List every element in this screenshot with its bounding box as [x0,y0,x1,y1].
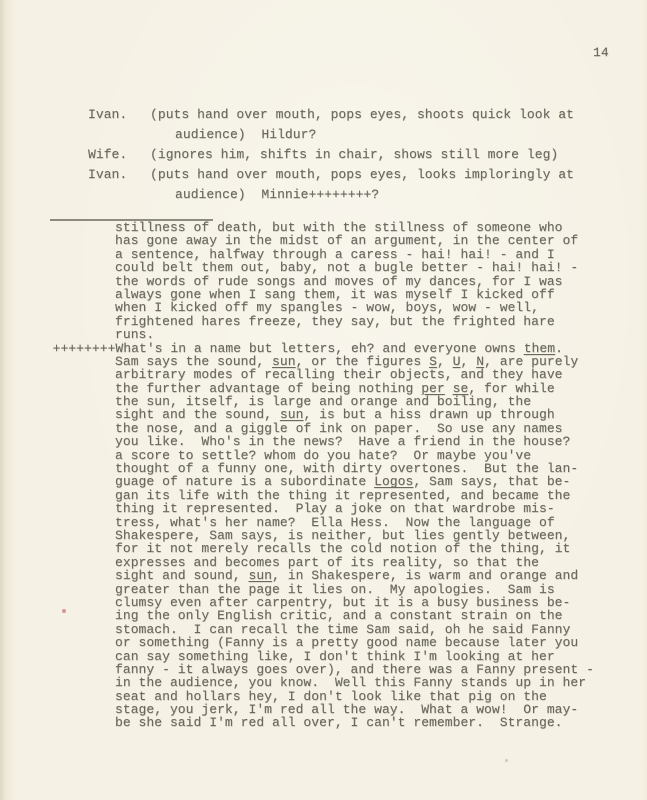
dialogue-line: audience) Minnie++++++++? [88,185,574,205]
paper-speck [62,609,66,613]
footnote-line: stage, you jerk, I'm red all the way. Wh… [115,703,594,716]
footnote-line: clumsy even after carpentry, but it is a… [115,596,594,609]
footnote-line: fanny - it always goes over), and there … [115,663,594,676]
dialogue-line: Wife.(ignores him, shifts in chair, show… [88,145,574,165]
footnote-line: expresses and becomes part of its realit… [115,556,594,569]
footnote-line: stomach. I can recall the time Sam said,… [115,623,594,636]
footnote-line: in the audience, you know. Well this Fan… [115,676,594,689]
speaker-label: Ivan. [88,165,150,185]
footnote-line: sight and sound, sun, in Shakespere, is … [115,569,594,582]
footnote-line: stillness of death, but with the stillne… [115,221,594,234]
footnote-line: ing the only English critic, and a const… [115,609,594,622]
footnote-line: greater than the page it lies on. My apo… [115,583,594,596]
footnote-line: the further advantage of being nothing p… [115,382,594,395]
footnote-line: sight and the sound, sun, is but a hiss … [115,408,594,421]
footnote-line: you like. Who's in the news? Have a frie… [115,435,594,448]
footnote-line: can say something like, I don't think I'… [115,650,594,663]
footnote-line: tress, what's her name? Ella Hess. Now t… [115,516,594,529]
footnote-line: guage of nature is a subordinate Logos, … [115,475,594,488]
footnote-line: a sentence, halfway through a caress - h… [115,248,594,261]
footnote-line: has gone away in the midst of an argumen… [115,234,594,247]
footnote-line: the words of rude songs and moves of my … [115,275,594,288]
stage-direction-text: (puts hand over mouth, pops eyes, shoots… [150,107,574,122]
stage-direction-text: (puts hand over mouth, pops eyes, looks … [150,167,574,182]
footnote-line: thought of a funny one, with dirty overt… [115,462,594,475]
footnote-line: when I kicked off my spangles - wow, boy… [115,301,594,314]
stage-direction-text: (ignores him, shifts in chair, shows sti… [150,147,558,162]
footnote-line: thing it represented. Play a joke on tha… [115,502,594,515]
footnote-line: ++++++++What's in a name but letters, eh… [53,342,594,355]
stage-direction-text: audience) Hildur? [150,127,316,142]
footnote-line: gan its life with the thing it represent… [115,489,594,502]
footnote-line: be she said I'm red all over, I can't re… [115,716,594,729]
speaker-label: Ivan. [88,105,150,125]
stage-direction-text: audience) Minnie++++++++? [150,187,379,202]
footnote-line: or something (Fanny is a pretty good nam… [115,636,594,649]
footnote-line: arbitrary modes of recalling their objec… [115,368,594,381]
footnote-line: runs. [115,328,594,341]
speaker-label: Wife. [88,145,150,165]
footnote-line: the sun, itself, is large and orange and… [115,395,594,408]
footnote-line: could belt them out, baby, not a bugle b… [115,261,594,274]
dialogue-line: Ivan.(puts hand over mouth, pops eyes, l… [88,165,574,185]
dialogue-line: Ivan.(puts hand over mouth, pops eyes, s… [88,105,574,125]
footnote-block: stillness of death, but with the stillne… [115,221,594,730]
footnote-line: Sam says the sound, sun, or the figures … [115,355,594,368]
footnote-line: always gone when I sang them, it was mys… [115,288,594,301]
footnote-line: Shakespere, Sam says, is neither, but li… [115,529,594,542]
underlined-word: sun [248,568,272,583]
page-number: 14 [593,45,609,60]
footnote-line: frightened hares freeze, they say, but t… [115,315,594,328]
dialogue-block: Ivan.(puts hand over mouth, pops eyes, s… [88,105,574,205]
footnote-line: a score to settle? whom do you hate? Or … [115,449,594,462]
typescript-page: 14 Ivan.(puts hand over mouth, pops eyes… [0,0,647,800]
footnote-line: seat and hollars hey, I don't look like … [115,690,594,703]
dialogue-line: audience) Hildur? [88,125,574,145]
paper-speck [505,759,508,762]
footnote-line: the nose, and a giggle of ink on paper. … [115,422,594,435]
footnote-line: for it not merely recalls the cold notio… [115,542,594,555]
